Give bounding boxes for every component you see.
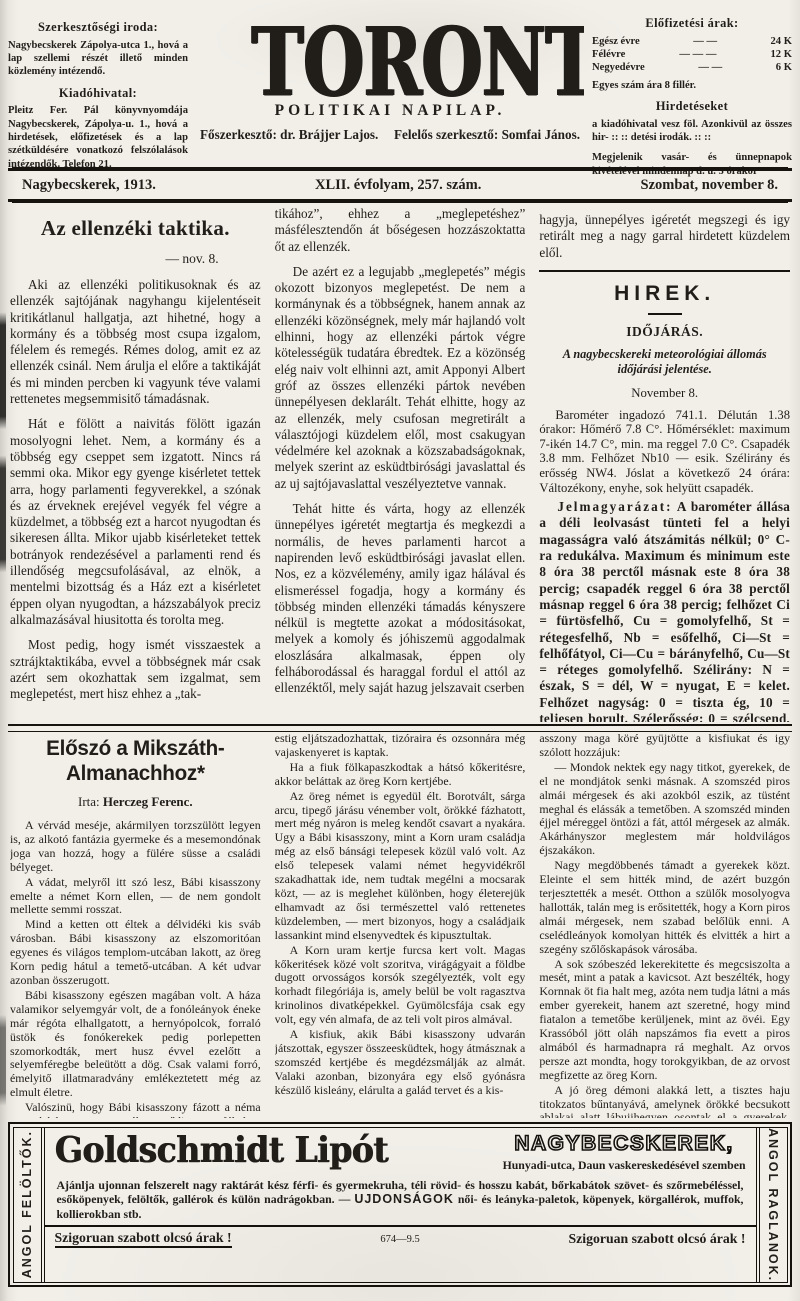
article-paragraph: Tehát hitte és várta, hogy az ellenzék ü… [275, 501, 526, 697]
subscription-box: Előfizetési árak: Egész évre — — 24 K Fé… [592, 6, 792, 168]
single-copy-price: Egyes szám ára 8 fillér. [592, 79, 792, 92]
price-value: 6 K [776, 61, 792, 74]
feuilleton-paragraph: A Korn uram kertje furcsa kert volt. Mag… [275, 944, 526, 1027]
ad-reference-number: 674—9.5 [380, 1234, 419, 1245]
article-paragraph: hagyja, ünnepélyes igéretét megszegi és … [539, 212, 790, 261]
editors-line: Főszerkesztő: dr. Brájjer Lajos. Felelős… [196, 127, 584, 143]
ad-side-right-text: ANGOL RAGLANOK. [766, 1128, 780, 1282]
price-dashes: — — — [679, 48, 716, 61]
editorial-office-box: Szerkesztőségi iroda: Nagybecskerek Zápo… [8, 6, 188, 168]
feuilleton-paragraph: Az öreg német is egyedül élt. Borotvált,… [275, 790, 526, 943]
price-row: Egész évre — — 24 K [592, 35, 792, 48]
advertisements-heading: Hirdetéseket [592, 99, 792, 115]
feuilleton-paragraph: A vádat, melyről itt szó lesz, Bábi kisa… [10, 876, 261, 918]
legend-lead: Jelmagyarázat: [557, 499, 672, 514]
feuilleton-paragraph: A vérvád meséje, akármilyen torzszülött … [10, 819, 261, 875]
price-value: 12 K [771, 48, 792, 61]
publisher-office-heading: Kiadóhivatal: [8, 86, 188, 102]
news-section-title: HIREK. [539, 282, 790, 306]
main-section: Az ellenzéki taktika. — nov. 8. Aki az e… [10, 206, 790, 722]
ad-body-text: Ajánlja ujonnan felszerelt nagy raktárát… [45, 1173, 756, 1226]
weather-report: Barométer ingadozó 741.1. Délután 1.38 ó… [539, 408, 790, 496]
feuilleton-paragraph: A jó öreg démoni alakká lett, a tisztes … [539, 1084, 790, 1118]
ad-side-label-right: ANGOL RAGLANOK. [756, 1128, 787, 1282]
subscription-heading: Előfizetési árak: [592, 16, 792, 32]
advertisement-inner: ANGOL FELÖLTŐK. Goldschmidt Lipót NAGYBE… [13, 1127, 788, 1283]
publisher-office-text: Pleitz Fer. Pál könyvnyomdája Nagybecske… [8, 104, 188, 171]
feuilleton-column-3: asszony maga köré gyüjtötte a kisfiukat … [539, 732, 790, 1118]
weather-lead: A nagybecskereki meteorológiai állomás i… [545, 347, 784, 378]
feuilleton-title: Előszó a Mikszáth-Almanachhoz* [15, 736, 256, 786]
feuilleton-column-1: Előszó a Mikszáth-Almanachhoz* Irta: Her… [10, 732, 261, 1118]
price-dashes: — — [698, 61, 722, 74]
weather-date: November 8. [539, 386, 790, 401]
editorial-office-heading: Szerkesztőségi iroda: [8, 20, 188, 36]
feuilleton-paragraph: Mind a ketten ott éltek a délvidéki kis … [10, 918, 261, 988]
ad-slogan-right: Szigoruan szabott olcsó árak ! [568, 1231, 745, 1247]
weather-heading: IDŐJÁRÁS. [539, 324, 790, 340]
feuilleton-top-rule [8, 724, 792, 732]
ad-side-label-left: ANGOL FELÖLTŐK. [14, 1128, 45, 1282]
weather-legend: Jelmagyarázat: A barométer állása a déli… [539, 499, 790, 722]
editorial-office-text: Nagybecskerek Zápolya-utca 1., hová a la… [8, 39, 188, 79]
article-paragraph: tikához”, ehhez a „meglepetéshez” másfél… [275, 206, 526, 255]
price-row: Félévre — — — 12 K [592, 48, 792, 61]
ad-novelties-highlight: UJDONSÁGOK [354, 1192, 454, 1206]
ad-header: Goldschmidt Lipót NAGYBECSKEREK, Hunyadi… [45, 1128, 756, 1173]
lead-article-date: — nov. 8. [10, 251, 261, 267]
advertisements-text: a kiadóhivatal vesz föl. Azonkivül az ös… [592, 118, 792, 145]
price-dashes: — — [693, 35, 717, 48]
ad-content: Goldschmidt Lipót NAGYBECSKEREK, Hunyadi… [45, 1128, 756, 1282]
newspaper-page: Szerkesztőségi iroda: Nagybecskerek Zápo… [0, 0, 800, 1301]
ad-location: NAGYBECSKEREK, Hunyadi-utca, Daun vasker… [503, 1132, 746, 1173]
feuilleton-byline: Irta: Herczeg Ferenc. [10, 794, 261, 810]
feuilleton-paragraph: Valószinü, hogy Bábi kisasszony fázott a… [10, 1101, 261, 1118]
feuilleton-paragraph: — Mondok nektek egy nagy titkot, gyereke… [539, 761, 790, 858]
article-paragraph: De azért ez a legujabb „meglepetés” mégi… [275, 264, 526, 492]
dash-divider [648, 313, 682, 315]
feuilleton-paragraph: A kisfiuk, akik Bábi kisasszony udvarán … [275, 1028, 526, 1098]
feuilleton-paragraph: Ha a fiuk fölkapaszkodtak a hátsó kőkeri… [275, 761, 526, 789]
feuilleton-paragraph: asszony maga köré gyüjtötte a kisfiukat … [539, 732, 790, 760]
dateline-bar: Nagybecskerek, 1913. XLII. évfolyam, 257… [8, 168, 792, 202]
feuilleton-paragraph: A sok szóbeszéd lekerekitette és megcsis… [539, 958, 790, 1083]
chief-editor: Főszerkesztő: dr. Brájjer Lajos. [200, 127, 378, 143]
byline-name: Herczeg Ferenc. [103, 794, 193, 809]
responsible-editor: Felelős szerkesztő: Somfai János. [394, 127, 580, 143]
feuilleton-paragraph: estig eljátszadozhattak, tizóraira és oz… [275, 732, 526, 760]
advertisement-box: ANGOL FELÖLTŐK. Goldschmidt Lipót NAGYBE… [8, 1122, 792, 1287]
feuilleton-column-2: estig eljátszadozhattak, tizóraira és oz… [275, 732, 526, 1118]
feuilleton-paragraph: Bábi kisasszony egészen magában volt. A … [10, 989, 261, 1100]
dateline-issue: XLII. évfolyam, 257. szám. [315, 177, 481, 194]
ad-side-left-text: ANGOL FELÖLTŐK. [20, 1130, 34, 1278]
feuilleton-section: Előszó a Mikszáth-Almanachhoz* Irta: Her… [10, 732, 790, 1118]
column-2: tikához”, ehhez a „meglepetéshez” másfél… [275, 206, 526, 722]
article-paragraph: Most pedig, hogy ismét visszaestek a szt… [10, 637, 261, 702]
legend-text: A barométer állása a déli leolvasást tün… [539, 499, 790, 722]
dateline-place: Nagybecskerek, 1913. [22, 177, 156, 194]
byline-label: Irta: [78, 794, 100, 809]
price-label: Félévre [592, 48, 625, 61]
feuilleton-paragraph: Nagy megdöbbenés támadt a gyerekek közt.… [539, 859, 790, 956]
article-paragraph: Aki az ellenzéki politikusoknak és az el… [10, 277, 261, 407]
price-label: Egész évre [592, 35, 640, 48]
ad-address: Hunyadi-utca, Daun vaskereskedésével sze… [503, 1158, 746, 1173]
newspaper-title: TORONTÁL [252, 16, 584, 107]
lead-article-title: Az ellenzéki taktika. [10, 216, 261, 241]
dateline-date: Szombat, november 8. [641, 177, 778, 194]
ad-slogan-left: Szigoruan szabott olcsó árak ! [55, 1230, 232, 1248]
scan-edge-artifacts [0, 0, 6, 1301]
masthead: Szerkesztőségi iroda: Nagybecskerek Zápo… [8, 6, 792, 168]
ad-city: NAGYBECSKEREK, [503, 1132, 746, 1156]
column-1: Az ellenzéki taktika. — nov. 8. Aki az e… [10, 206, 261, 722]
masthead-center: TORONTÁL POLITIKAI NAPILAP. Főszerkesztő… [196, 6, 584, 168]
price-label: Negyedévre [592, 61, 645, 74]
ad-merchant-name: Goldschmidt Lipót [55, 1132, 388, 1168]
column-3: hagyja, ünnepélyes igéretét megszegi és … [539, 206, 790, 722]
section-divider-rule [539, 270, 790, 272]
price-value: 24 K [771, 35, 792, 48]
article-paragraph: Hát e fölött a naivitás fölött igazán mo… [10, 416, 261, 628]
ad-footer: Szigoruan szabott olcsó árak ! 674—9.5 S… [45, 1225, 756, 1251]
price-row: Negyedévre — — 6 K [592, 61, 792, 74]
